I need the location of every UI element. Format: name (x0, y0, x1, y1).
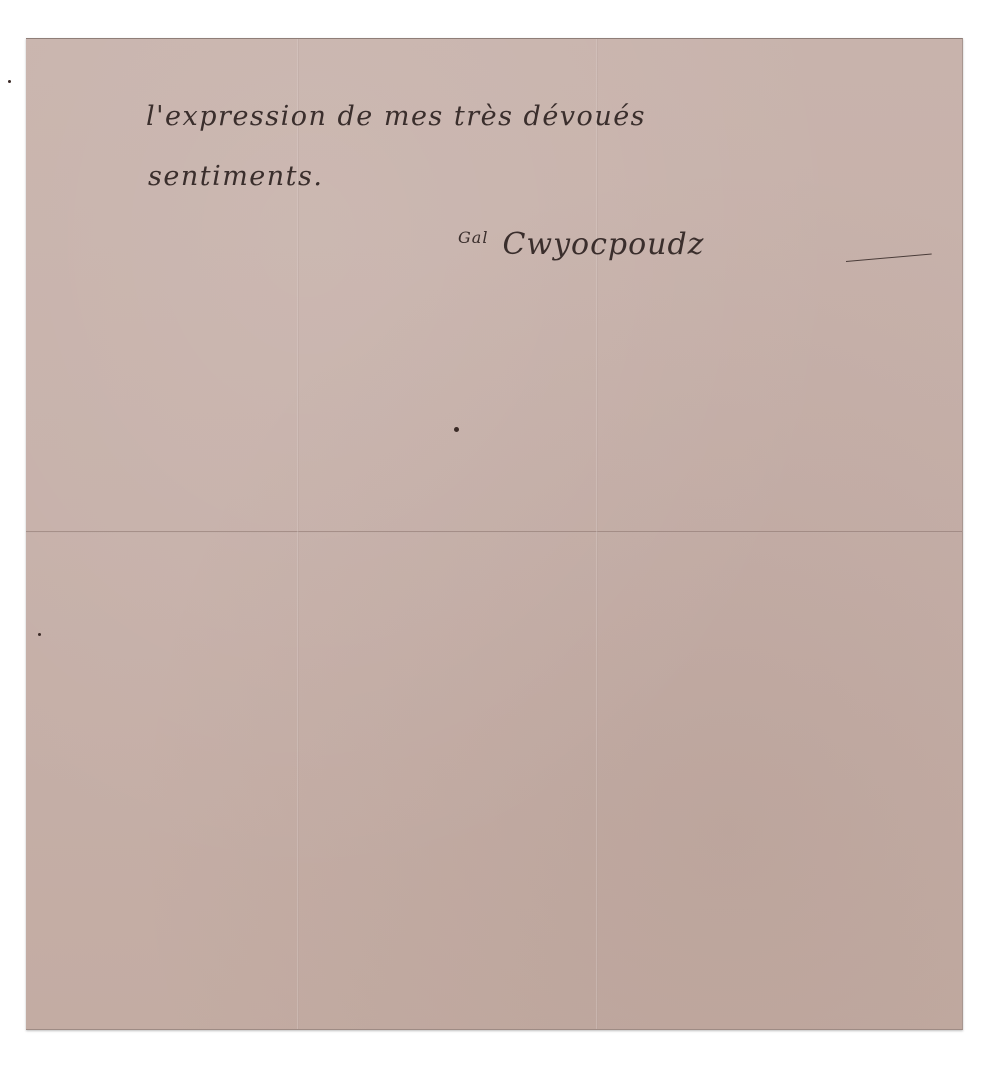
signature-flourish (846, 254, 932, 262)
letter-page: l'expression de mes très dévoués sentime… (26, 38, 963, 1030)
ink-spot (454, 427, 459, 432)
horizontal-fold-crease (26, 531, 962, 533)
signature: GalCwyocpoudz (458, 227, 704, 262)
stray-mark (8, 80, 11, 83)
signature-name: Cwyocpoudz (502, 227, 704, 262)
signature-title: Gal (458, 228, 488, 247)
handwritten-line-1: l'expression de mes très dévoués (146, 101, 646, 132)
vertical-fold-crease-right (596, 39, 598, 1029)
ink-spot (38, 633, 41, 636)
handwritten-line-2: sentiments. (148, 161, 323, 192)
